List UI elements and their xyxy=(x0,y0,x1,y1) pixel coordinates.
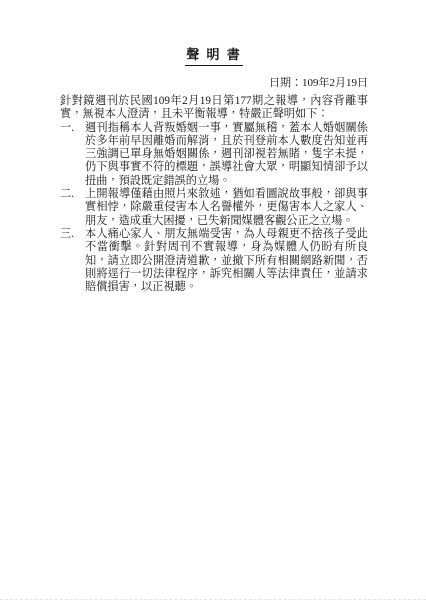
statement-item-1: 一. 週刊指稱本人背叛婚姻一事，實屬無稽，蓋本人婚姻關係於多年前早因離婚而解消，… xyxy=(60,122,368,188)
document-title: 聲 明 書 xyxy=(185,44,243,66)
title-row: 聲 明 書 xyxy=(60,44,368,66)
statement-item-3: 三. 本人痛心家人、朋友無端受害，為人母親更不捨孩子受此不當衝擊。針對周刊不實報… xyxy=(60,228,368,294)
statement-document-page: 聲 明 書 日期：109年2月19日 針對鏡週刊於民國109年2月19日第177… xyxy=(0,0,426,600)
date-line: 日期：109年2月19日 xyxy=(60,77,368,90)
item-marker: 二. xyxy=(60,188,85,201)
statement-item-2: 二. 上開報導僅藉由照片來敘述，猶如看圖說故事般，卻與事實相悖，除嚴重侵害本人名… xyxy=(60,188,368,228)
item-text: 本人痛心家人、朋友無端受害，為人母親更不捨孩子受此不當衝擊。針對周刊不實報導，身… xyxy=(85,228,368,294)
item-marker: 三. xyxy=(60,228,85,241)
statement-list: 一. 週刊指稱本人背叛婚姻一事，實屬無稽，蓋本人婚姻關係於多年前早因離婚而解消，… xyxy=(60,122,368,295)
item-marker: 一. xyxy=(60,122,85,135)
item-text: 週刊指稱本人背叛婚姻一事，實屬無稽，蓋本人婚姻關係於多年前早因離婚而解消，且於刊… xyxy=(85,122,368,188)
item-text: 上開報導僅藉由照片來敘述，猶如看圖說故事般，卻與事實相悖，除嚴重侵害本人名譽權外… xyxy=(85,188,368,228)
intro-paragraph: 針對鏡週刊於民國109年2月19日第177期之報導，內容背離事實，無視本人澄清，… xyxy=(60,95,368,122)
